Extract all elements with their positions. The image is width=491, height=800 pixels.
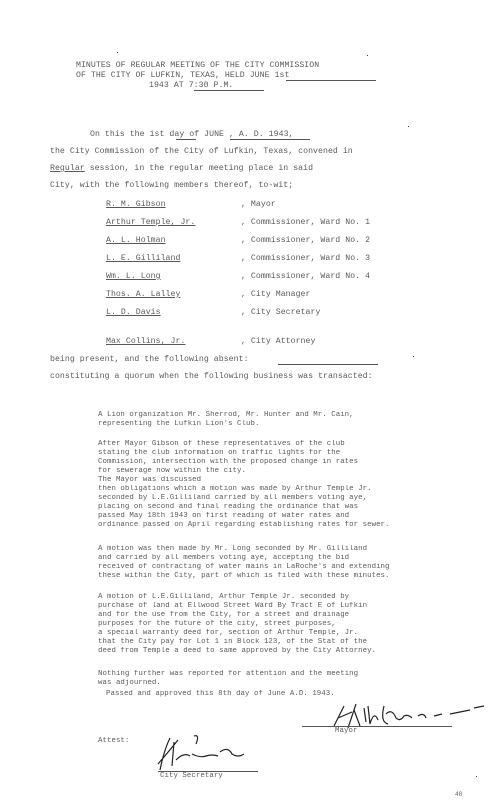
paragraph-line: ordinance passed on April regarding esta… — [98, 521, 390, 530]
header-date-underline — [286, 80, 376, 81]
paragraph-line: Commission, intersection with the propos… — [98, 458, 358, 467]
paragraph: The Mayor was discussed then obligations… — [98, 476, 390, 530]
paragraph-line: representing the Lufkin Lion's Club. — [98, 420, 354, 429]
paragraph-line: stating the club information on traffic … — [98, 449, 358, 458]
member-title: , Commissioner, Ward No. 4 — [241, 272, 370, 281]
member-title: , City Attorney — [241, 337, 315, 346]
paragraph-line: A motion was then made by Mr. Long secon… — [98, 545, 390, 554]
paragraph: A Lion organization Mr. Sherrod, Mr. Hun… — [98, 411, 354, 429]
scan-speck — [117, 52, 118, 53]
paragraph-line: purchase of land at Ellwood Street Ward … — [98, 602, 376, 611]
member-name: Max Collins, Jr. — [106, 337, 241, 347]
member-name: L. E. Gilliland — [106, 254, 241, 264]
paragraph-line: that the City pay for Lot 1 in Block 123… — [98, 638, 376, 647]
member-title: , Commissioner, Ward No. 3 — [241, 254, 370, 263]
member-row: L. E. Gilliland, Commissioner, Ward No. … — [106, 254, 370, 264]
member-name: Arthur Temple, Jr. — [106, 218, 241, 228]
paragraph-line: A motion of L.E.Gilliland, Arthur Temple… — [98, 593, 376, 602]
member-title: , Commissioner, Ward No. 2 — [241, 236, 370, 245]
header-time-underline — [194, 90, 264, 91]
paragraph-line: these within the City, part of which is … — [98, 572, 390, 581]
member-title: , Commissioner, Ward No. 1 — [241, 218, 370, 227]
paragraph-line: A Lion organization Mr. Sherrod, Mr. Hun… — [98, 411, 354, 420]
paragraph-line: was adjourned. — [98, 679, 358, 688]
member-name: R. M. Gibson — [106, 200, 241, 210]
member-row: R. M. Gibson, Mayor — [106, 200, 276, 210]
paragraph-line: After Mayor Gibson of these representati… — [98, 440, 358, 449]
header-line-2: OF THE CITY OF LUFKIN, TEXAS, HELD JUNE … — [76, 71, 289, 81]
paragraph-line: purposes for the future of the city, str… — [98, 620, 376, 629]
member-title: , City Secretary — [241, 308, 320, 317]
paragraph-line: deed from Temple a deed to same approved… — [98, 647, 376, 656]
member-row: L. D. Davis, City Secretary — [106, 308, 320, 318]
paragraph-line: for sewerage now within the city. — [98, 467, 358, 476]
scan-speck — [408, 126, 409, 127]
scan-speck — [367, 55, 368, 56]
paragraph-line: and for the use from the City, for a str… — [98, 611, 376, 620]
paragraph-line: then obligations which a motion was made… — [98, 485, 390, 494]
paragraph-line: placing on second and final reading the … — [98, 503, 390, 512]
paragraph: Nothing further was reported for attenti… — [98, 670, 358, 688]
session-text: session, in the regular meeting place in… — [85, 164, 313, 173]
paragraph: A motion of L.E.Gilliland, Arthur Temple… — [98, 593, 376, 656]
paragraph-line: received of contracting of water mains i… — [98, 563, 390, 572]
absent-underline — [278, 364, 378, 365]
paragraph-line: seconded by L.E.Gilliland carried by all… — [98, 494, 390, 503]
day-underline — [176, 139, 196, 140]
attendance-line-1: being present, and the following absent: — [50, 355, 249, 365]
session-type: Regular — [50, 164, 85, 173]
month-underline — [230, 139, 310, 140]
secretary-label: City Secretary — [160, 772, 223, 781]
paragraph-line: Passed and approved this 8th day of June… — [106, 690, 335, 699]
opening-line-2: the City Commission of the City of Lufki… — [50, 147, 353, 157]
opening-line-4: City, with the following members thereof… — [50, 181, 293, 191]
page-mark: 48 — [455, 790, 462, 799]
opening-line-3: Regular session, in the regular meeting … — [50, 164, 313, 174]
scan-speck — [476, 776, 477, 777]
paragraph-line: The Mayor was discussed — [98, 476, 390, 485]
paragraph-line: a special warranty deed for, section of … — [98, 629, 376, 638]
member-row: A. L. Holman, Commissioner, Ward No. 2 — [106, 236, 370, 246]
member-row: Wm. L. Long, Commissioner, Ward No. 4 — [106, 272, 370, 282]
member-row: Thos. A. Lalley, City Manager — [106, 290, 311, 300]
paragraph-line: and carried by all members voting aye, a… — [98, 554, 390, 563]
member-row: Max Collins, Jr., City Attorney — [106, 337, 315, 347]
document-page: MINUTES OF REGULAR MEETING OF THE CITY C… — [0, 0, 491, 800]
member-name: L. D. Davis — [106, 308, 241, 318]
paragraph: Passed and approved this 8th day of June… — [106, 690, 335, 699]
paragraph: After Mayor Gibson of these representati… — [98, 440, 358, 476]
member-name: A. L. Holman — [106, 236, 241, 246]
member-row: Arthur Temple, Jr., Commissioner, Ward N… — [106, 218, 370, 228]
paragraph-line: Nothing further was reported for attenti… — [98, 670, 358, 679]
mayor-label: Mayor — [335, 727, 357, 736]
attest-label: Attest: — [98, 737, 129, 746]
mayor-signature-line — [302, 726, 452, 727]
member-title: , Mayor — [241, 200, 276, 209]
member-name: Wm. L. Long — [106, 272, 241, 282]
header-line-1: MINUTES OF REGULAR MEETING OF THE CITY C… — [76, 61, 319, 71]
scan-speck — [413, 356, 414, 357]
member-name: Thos. A. Lalley — [106, 290, 241, 300]
member-title: , City Manager — [241, 290, 311, 299]
attendance-line-2: constituting a quorum when the following… — [50, 372, 373, 382]
paragraph: A motion was then made by Mr. Long secon… — [98, 545, 390, 581]
paragraph-line: passed May 18th 1943 on first reading of… — [98, 512, 390, 521]
